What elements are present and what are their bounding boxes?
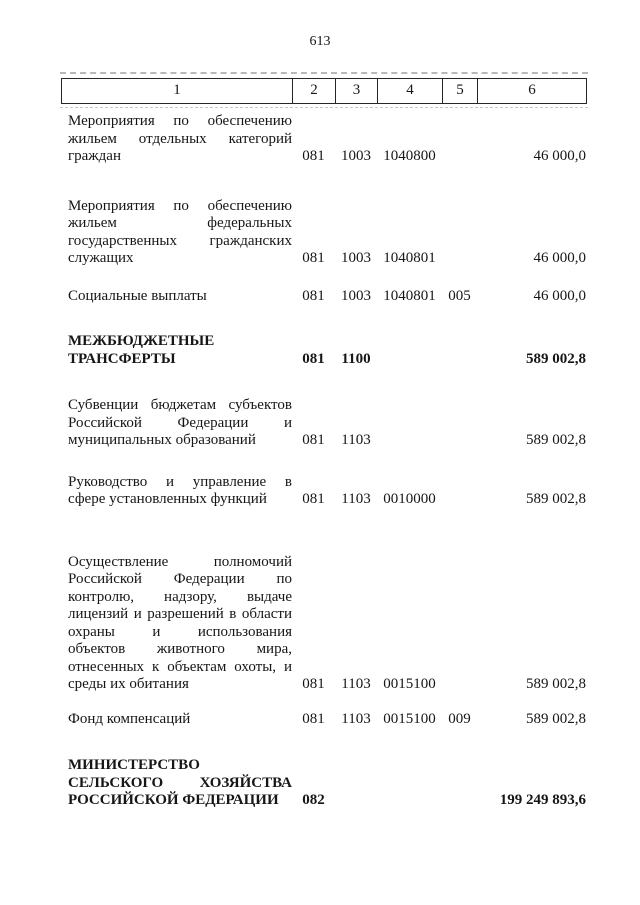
code-cell-chapter: 081: [292, 148, 335, 166]
name-line: Мероприятия по обеспечению: [68, 198, 292, 216]
amount-cell: 46 000,0: [477, 250, 586, 268]
code-cell-section: 1003: [335, 288, 377, 306]
name-line: среды их обитания: [68, 676, 292, 694]
table-row: Руководство и управление всфере установл…: [62, 474, 586, 509]
header-col-4: 4: [377, 79, 442, 103]
table-row: Осуществление полномочийРоссийской Федер…: [62, 554, 586, 694]
amount-cell: 199 249 893,6: [477, 792, 586, 810]
code-cell-chapter: 081: [292, 288, 335, 306]
table-row: МЕЖБЮДЖЕТНЫЕТРАНСФЕРТЫ 081 1100 589 002,…: [62, 333, 586, 368]
code-cell-chapter: 082: [292, 792, 335, 810]
name-line: СЕЛЬСКОГО ХОЗЯЙСТВА: [68, 775, 292, 793]
name-line: Социальные выплаты: [68, 288, 292, 306]
code-cell-expense-type: 005: [442, 288, 477, 306]
name-line: муниципальных образований: [68, 432, 292, 450]
code-cell-section: 1103: [335, 711, 377, 729]
name-line: лицензий и разрешений в области: [68, 606, 292, 624]
name-line: сфере установленных функций: [68, 491, 292, 509]
name-line: Российской Федерации и: [68, 415, 292, 433]
table-row: Мероприятия по обеспечениюжильем федерал…: [62, 198, 586, 268]
code-cell-section: 1003: [335, 148, 377, 166]
code-cell-section: 1103: [335, 491, 377, 509]
table-row: МИНИСТЕРСТВОСЕЛЬСКОГО ХОЗЯЙСТВАРОССИЙСКО…: [62, 757, 586, 810]
table-header-row: 1 2 3 4 5 6: [61, 78, 587, 104]
amount-cell: 589 002,8: [477, 432, 586, 450]
name-line: МИНИСТЕРСТВО: [68, 757, 292, 775]
name-line: Фонд компенсаций: [68, 711, 292, 729]
amount-cell: 589 002,8: [477, 676, 586, 694]
name-line: Российской Федерации по: [68, 571, 292, 589]
code-cell-section: 1100: [335, 351, 377, 369]
name-line: жильем отдельных категорий: [68, 131, 292, 149]
name-line: контролю, надзору, выдаче: [68, 589, 292, 607]
name-line: объектов животного мира,: [68, 641, 292, 659]
name-line: отнесенных к объектам охоты, и: [68, 659, 292, 677]
name-line: РОССИЙСКОЙ ФЕДЕРАЦИИ: [68, 792, 292, 810]
code-cell-target-article: 0015100: [377, 676, 442, 694]
code-cell-expense-type: 009: [442, 711, 477, 729]
code-cell-chapter: 081: [292, 250, 335, 268]
code-cell-section: 1003: [335, 250, 377, 268]
name-line: государственных гражданских: [68, 233, 292, 251]
table-row: Фонд компенсаций 081 1103 0015100 009 58…: [62, 711, 586, 729]
header-col-2: 2: [292, 79, 335, 103]
code-cell-target-article: 1040800: [377, 148, 442, 166]
code-cell-chapter: 081: [292, 676, 335, 694]
table-row: Социальные выплаты 081 1003 1040801 005 …: [62, 288, 586, 306]
name-line: жильем федеральных: [68, 215, 292, 233]
amount-cell: 589 002,8: [477, 711, 586, 729]
page-number: 613: [0, 0, 640, 49]
name-cell: Социальные выплаты: [62, 288, 292, 306]
code-cell-target-article: 0015100: [377, 711, 442, 729]
code-cell-chapter: 081: [292, 711, 335, 729]
code-cell-target-article: 0010000: [377, 491, 442, 509]
header-col-3: 3: [335, 79, 377, 103]
name-cell: МИНИСТЕРСТВОСЕЛЬСКОГО ХОЗЯЙСТВАРОССИЙСКО…: [62, 757, 292, 810]
amount-cell: 589 002,8: [477, 491, 586, 509]
code-cell-chapter: 081: [292, 491, 335, 509]
amount-cell: 46 000,0: [477, 288, 586, 306]
name-cell: Мероприятия по обеспечениюжильем федерал…: [62, 198, 292, 268]
name-line: служащих: [68, 250, 292, 268]
name-line: охраны и использования: [68, 624, 292, 642]
code-cell-chapter: 081: [292, 432, 335, 450]
header-col-6: 6: [477, 79, 586, 103]
amount-cell: 589 002,8: [477, 351, 586, 369]
code-cell-section: 1103: [335, 432, 377, 450]
name-line: ТРАНСФЕРТЫ: [68, 351, 292, 369]
code-cell-section: 1103: [335, 676, 377, 694]
name-line: Мероприятия по обеспечению: [68, 113, 292, 131]
name-line: Осуществление полномочий: [68, 554, 292, 572]
name-line: Субвенции бюджетам субъектов: [68, 397, 292, 415]
header-col-5: 5: [442, 79, 477, 103]
code-cell-target-article: 1040801: [377, 288, 442, 306]
amount-cell: 46 000,0: [477, 148, 586, 166]
header-col-1: 1: [62, 79, 292, 103]
name-cell: Мероприятия по обеспечениюжильем отдельн…: [62, 113, 292, 166]
name-cell: Субвенции бюджетам субъектовРоссийской Ф…: [62, 397, 292, 450]
name-cell: МЕЖБЮДЖЕТНЫЕТРАНСФЕРТЫ: [62, 333, 292, 368]
name-line: МЕЖБЮДЖЕТНЫЕ: [68, 333, 292, 351]
name-line: граждан: [68, 148, 292, 166]
code-cell-chapter: 081: [292, 351, 335, 369]
document-page: 613 1 2 3 4 5 6 Мероприятия по обеспечен…: [0, 0, 640, 905]
table-row: Мероприятия по обеспечениюжильем отдельн…: [62, 113, 586, 166]
table-row: Субвенции бюджетам субъектовРоссийской Ф…: [62, 397, 586, 450]
table-body: Мероприятия по обеспечениюжильем отдельн…: [62, 113, 586, 810]
name-line: Руководство и управление в: [68, 474, 292, 492]
name-cell: Руководство и управление всфере установл…: [62, 474, 292, 509]
code-cell-target-article: 1040801: [377, 250, 442, 268]
name-cell: Фонд компенсаций: [62, 711, 292, 729]
name-cell: Осуществление полномочийРоссийской Федер…: [62, 554, 292, 694]
